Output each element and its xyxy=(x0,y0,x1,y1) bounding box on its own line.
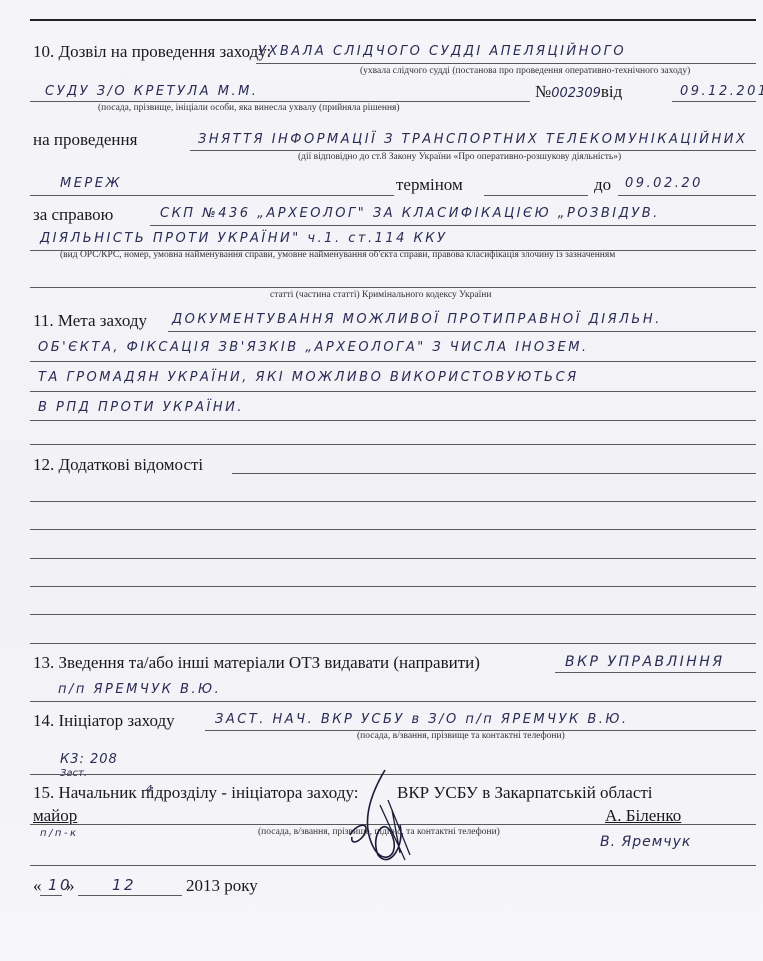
s11-rule3 xyxy=(30,391,756,392)
s10-rule4b xyxy=(484,195,588,196)
s11-line-1: ДОКУМЕНТУВАННЯ МОЖЛИВОЇ ПРОТИПРАВНОЇ ДІЯ… xyxy=(172,312,662,327)
s10-rule4c xyxy=(618,195,756,196)
s14-label: 14. Ініціатор заходу xyxy=(33,711,175,731)
s12-label: 12. Додаткові відомості xyxy=(33,455,203,475)
s10-hw-line1: УХВАЛА СЛІДЧОГО СУДДІ АПЕЛЯЦІЙНОГО xyxy=(258,44,626,59)
s10-case-label: за справою xyxy=(33,205,113,225)
s10-term-label: терміном xyxy=(396,175,463,195)
s15-hw-name2: В. Яремчук xyxy=(600,834,691,850)
s10-hw-line6: ДІЯЛЬНІСТЬ ПРОТИ УКРАЇНИ" ч.1. ст.114 КК… xyxy=(40,231,447,246)
s10-caption2: (посада, прізвище, ініціали особи, яка в… xyxy=(98,103,400,113)
s10-hw-line4: МЕРЕЖ xyxy=(60,176,122,191)
s11-line-3: ТА ГРОМАДЯН УКРАЇНИ, ЯКІ МОЖЛИВО ВИКОРИС… xyxy=(38,370,579,385)
s10-caption3: (дії відповідно до ст.8 Закону України «… xyxy=(298,152,621,162)
s10-rule1 xyxy=(256,63,756,64)
footer-quote-close: » xyxy=(66,876,75,896)
s12-rule6 xyxy=(30,614,756,615)
s15-hw-rank2: п/п-к xyxy=(40,828,79,839)
s11-label: 11. Мета заходу xyxy=(33,311,147,331)
date-label: від xyxy=(601,82,622,101)
footer-month: 12 xyxy=(112,876,136,894)
s14-hw-line1: ЗАСТ. НАЧ. ВКР УСБУ в З/О п/п ЯРЕМЧУК В.… xyxy=(215,712,629,727)
s10-caption5: статті (частина статті) Кримінального ко… xyxy=(270,290,491,300)
s10-until-value: 09.02.20 xyxy=(625,176,703,191)
s10-rule4 xyxy=(30,195,394,196)
s10-rule2 xyxy=(30,101,530,102)
footer-year: 2013 року xyxy=(186,876,258,896)
s11-line-4: В РПД ПРОТИ УКРАЇНИ. xyxy=(38,400,244,415)
s15-label: 15. Начальник підрозділу - ініціатора за… xyxy=(33,783,358,803)
signature xyxy=(330,765,420,875)
s11-rule1 xyxy=(168,331,756,332)
top-rule xyxy=(30,19,756,21)
s13-rule2 xyxy=(30,701,756,702)
s12-rule7 xyxy=(30,643,756,644)
s10-rule3 xyxy=(190,150,756,151)
s10-label: 10. Дозвіл на проведення заходу: xyxy=(33,42,271,62)
s10-date-value: 09.12.201 xyxy=(680,84,763,99)
s15-rank: майор xyxy=(33,806,77,826)
s14-caption: (посада, в/звання, прізвище та контактні… xyxy=(357,731,565,741)
s11-rule5 xyxy=(30,444,756,445)
s10-hw-line2: СУДУ З/О КРЕТУЛА М.М. xyxy=(45,84,258,99)
s14-hw-phone: К3: 208 xyxy=(60,752,118,767)
s10-rule5 xyxy=(150,225,756,226)
no-label: № xyxy=(535,82,551,101)
footer-quote-open: « xyxy=(33,876,42,896)
footer-month-rule xyxy=(78,895,182,896)
s15-unit: ВКР УСБУ в Закарпатській області xyxy=(397,783,653,803)
s13-hw-line1: ВКР УПРАВЛІННЯ xyxy=(565,654,725,670)
s11-rule2 xyxy=(30,361,756,362)
s12-rule3 xyxy=(30,529,756,530)
s10-until-label: до xyxy=(594,175,611,195)
s15-name: А. Біленко xyxy=(605,806,681,826)
footer-rule xyxy=(30,865,756,866)
s10-no-label: №002309від xyxy=(535,82,622,102)
s10-hw-line3: ЗНЯТТЯ ІНФОРМАЦІЇ З ТРАНСПОРТНИХ ТЕЛЕКОМ… xyxy=(198,132,747,147)
s11-rule4 xyxy=(30,420,756,421)
s12-rule4 xyxy=(30,558,756,559)
s13-hw-line2: п/п ЯРЕМЧУК В.Ю. xyxy=(58,682,221,697)
s12-rule2 xyxy=(30,501,756,502)
s12-rule5 xyxy=(30,586,756,587)
s10-rule7 xyxy=(30,287,756,288)
footer-day-rule xyxy=(40,895,62,896)
s15-hw-mark: 4 xyxy=(146,784,155,795)
s12-rule1 xyxy=(232,473,756,474)
s11-line-2: ОБ'ЄКТА, ФІКСАЦІЯ ЗВ'ЯЗКІВ „АРХЕОЛОГА" З… xyxy=(38,340,589,355)
s13-rule1 xyxy=(555,672,756,673)
s13-label: 13. Зведення та/або інші матеріали ОТЗ в… xyxy=(33,653,480,673)
s10-caption1: (ухвала слідчого судді (постанова про пр… xyxy=(360,66,690,76)
no-value: 002309 xyxy=(551,86,601,101)
s10-rule2b xyxy=(672,101,756,102)
document-page: 10. Дозвіл на проведення заходу: УХВАЛА … xyxy=(0,0,763,961)
s10-hw-line5: СКП №436 „АРХЕОЛОГ" ЗА КЛАСИФІКАЦІЄЮ „РО… xyxy=(160,206,660,221)
s10-conduct-label: на проведення xyxy=(33,130,137,150)
s10-caption4: (вид ОРС/КРС, номер, умовна найменування… xyxy=(60,250,615,260)
